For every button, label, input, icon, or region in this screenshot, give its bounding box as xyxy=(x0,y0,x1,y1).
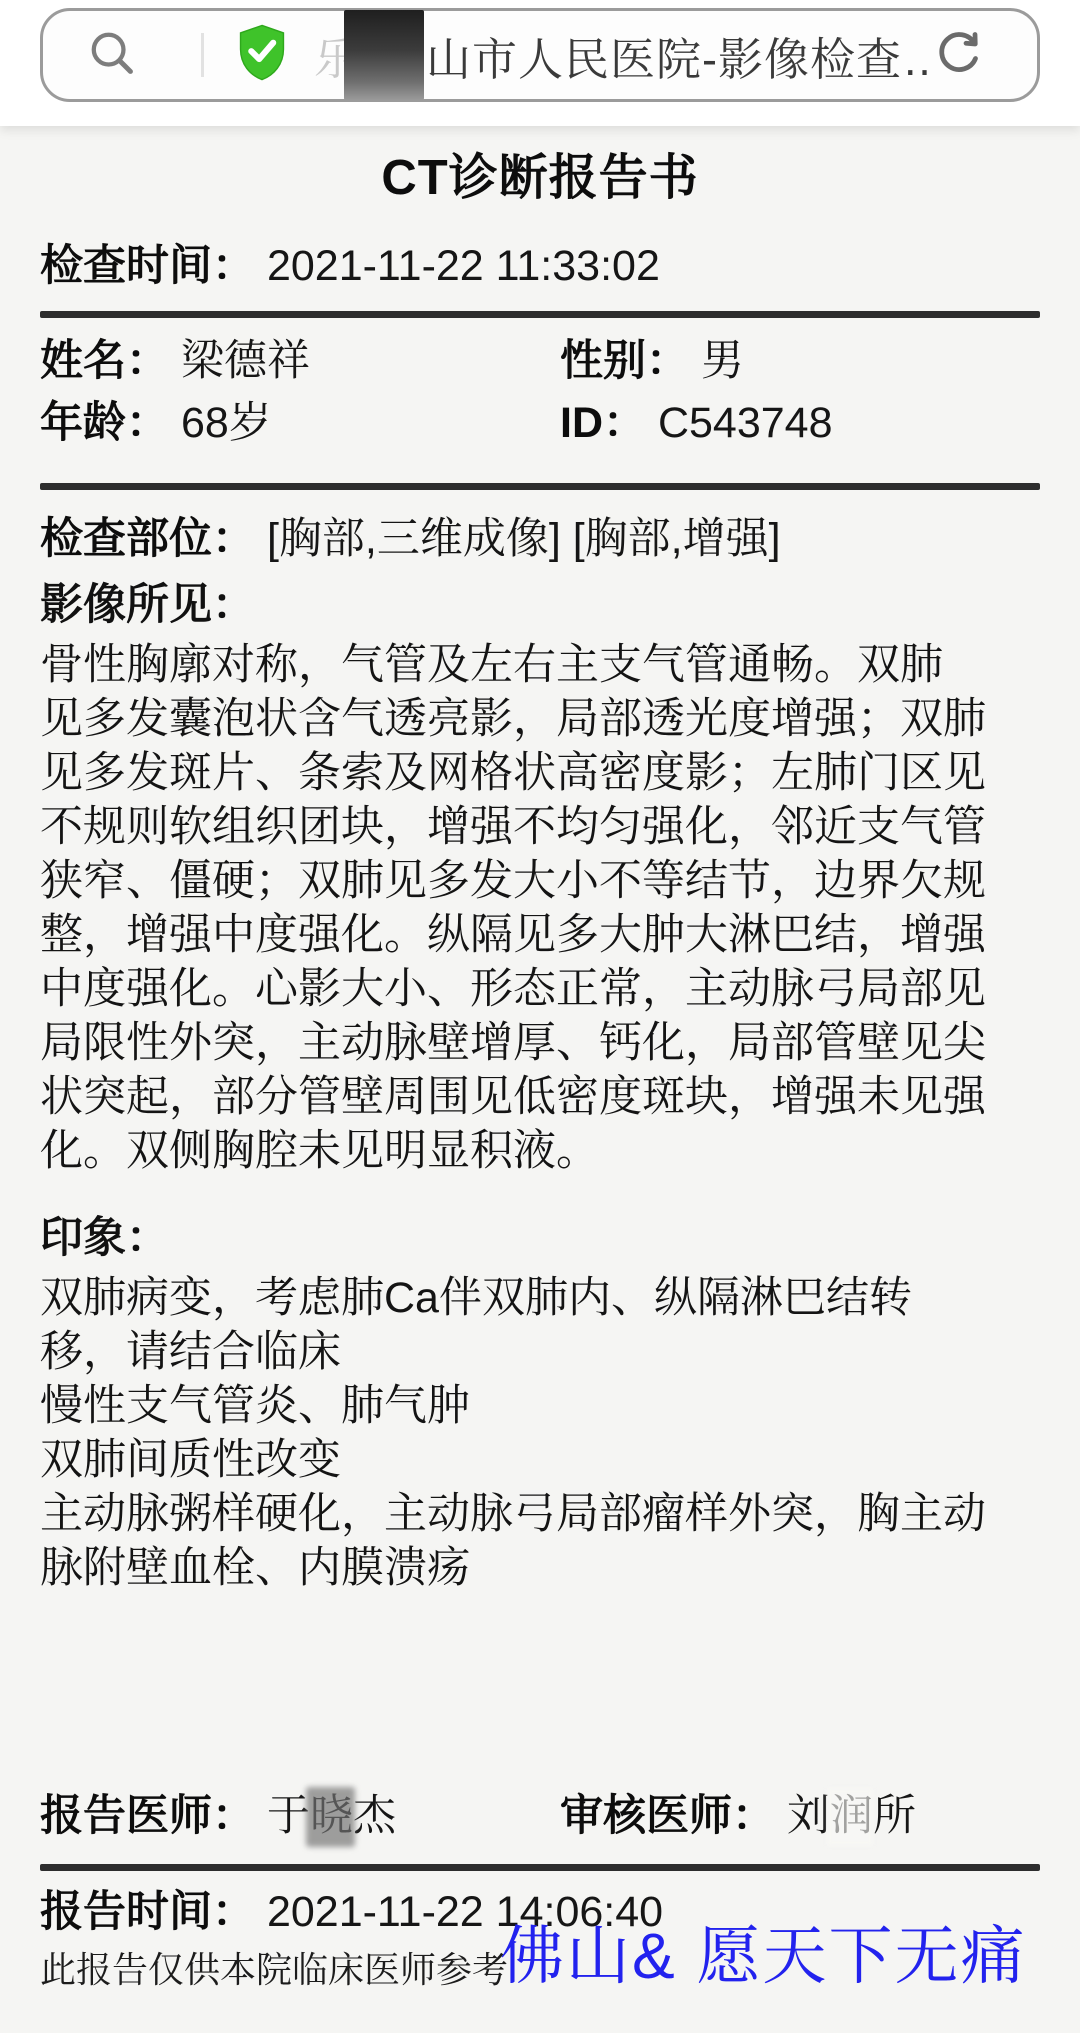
impression-label: 印象： xyxy=(40,1211,1040,1265)
report-doctor-name: 于晓杰 xyxy=(267,1790,396,1842)
id-value: C543748 xyxy=(658,399,833,447)
address-bar-separator xyxy=(201,33,204,77)
exam-site-label: 检查部位： xyxy=(40,515,255,563)
exam-site-value: [胸部,三维成像] [胸部,增强] xyxy=(267,515,781,563)
report-doctor-cell: 报告医师： 于晓杰 xyxy=(40,1790,560,1842)
browser-toolbar: 乐 山市人民医院-影像检查… xyxy=(0,0,1080,126)
doctor-signature-row: 报告医师： 于晓杰 审核医师： 刘润所 xyxy=(40,1790,1040,1842)
name-value: 梁德祥 xyxy=(181,337,310,385)
report-time-label: 报告时间： xyxy=(40,1888,255,1936)
age-value: 68岁 xyxy=(181,399,272,447)
name-fade-smudge xyxy=(827,1788,873,1846)
patient-name-cell: 姓名： 梁德祥 xyxy=(40,335,560,387)
review-doctor-cell: 审核医师： 刘润所 xyxy=(560,1790,1040,1842)
exam-time-label: 检查时间： xyxy=(40,242,255,290)
findings-label: 影像所见： xyxy=(40,578,1040,632)
report-doctor-label: 报告医师： xyxy=(40,1792,255,1840)
name-redaction-smudge xyxy=(306,1787,355,1847)
section-divider xyxy=(40,483,1040,490)
section-divider xyxy=(40,311,1040,318)
security-shield-icon[interactable] xyxy=(234,22,290,89)
age-label: 年龄： xyxy=(40,399,169,447)
review-doctor-name: 刘润所 xyxy=(787,1790,916,1842)
exam-time-value: 2021-11-22 11:33:02 xyxy=(267,242,660,290)
section-divider xyxy=(40,1864,1040,1871)
watermark-text: 佛山& 愿天下无痛 xyxy=(500,1905,1026,1997)
refresh-icon[interactable] xyxy=(929,23,989,88)
findings-text: 骨性胸廓对称，气管及左右主支气管通畅。双肺 见多发囊泡状含气透亮影，局部透光度增… xyxy=(40,638,1040,1178)
gender-value: 男 xyxy=(701,337,744,385)
page-title-text: 山市人民医院-影像检查… xyxy=(426,23,929,88)
name-label: 姓名： xyxy=(40,337,169,385)
id-label: ID： xyxy=(560,399,646,447)
patient-gender-cell: 性别： 男 xyxy=(560,335,1040,387)
impression-text: 双肺病变，考虑肺Ca伴双肺内、纵隔淋巴结转 移，请结合临床 慢性支气管炎、肺气肿… xyxy=(40,1271,1040,1595)
search-icon xyxy=(85,26,139,85)
exam-time-row: 检查时间： 2021-11-22 11:33:02 xyxy=(40,240,1040,292)
exam-site-row: 检查部位： [胸部,三维成像] [胸部,增强] xyxy=(40,513,1040,565)
report-title: CT诊断报告书 xyxy=(40,126,1040,208)
redaction-box xyxy=(344,10,424,100)
patient-age-cell: 年龄： 68岁 xyxy=(40,397,560,449)
address-bar[interactable]: 乐 山市人民医院-影像检查… xyxy=(40,8,1040,102)
gender-label: 性别： xyxy=(560,337,689,385)
phone-screen: 乐 山市人民医院-影像检查… CT诊断报告书 检查时间： 2021-11-22 … xyxy=(0,0,1080,2033)
patient-info-section: 姓名： 梁德祥 性别： 男 年龄： 68岁 ID： C543748 xyxy=(40,318,1040,464)
patient-id-cell: ID： C543748 xyxy=(560,397,1040,449)
report-document: CT诊断报告书 检查时间： 2021-11-22 11:33:02 姓名： 梁德… xyxy=(0,126,1080,2033)
review-doctor-label: 审核医师： xyxy=(560,1792,775,1840)
